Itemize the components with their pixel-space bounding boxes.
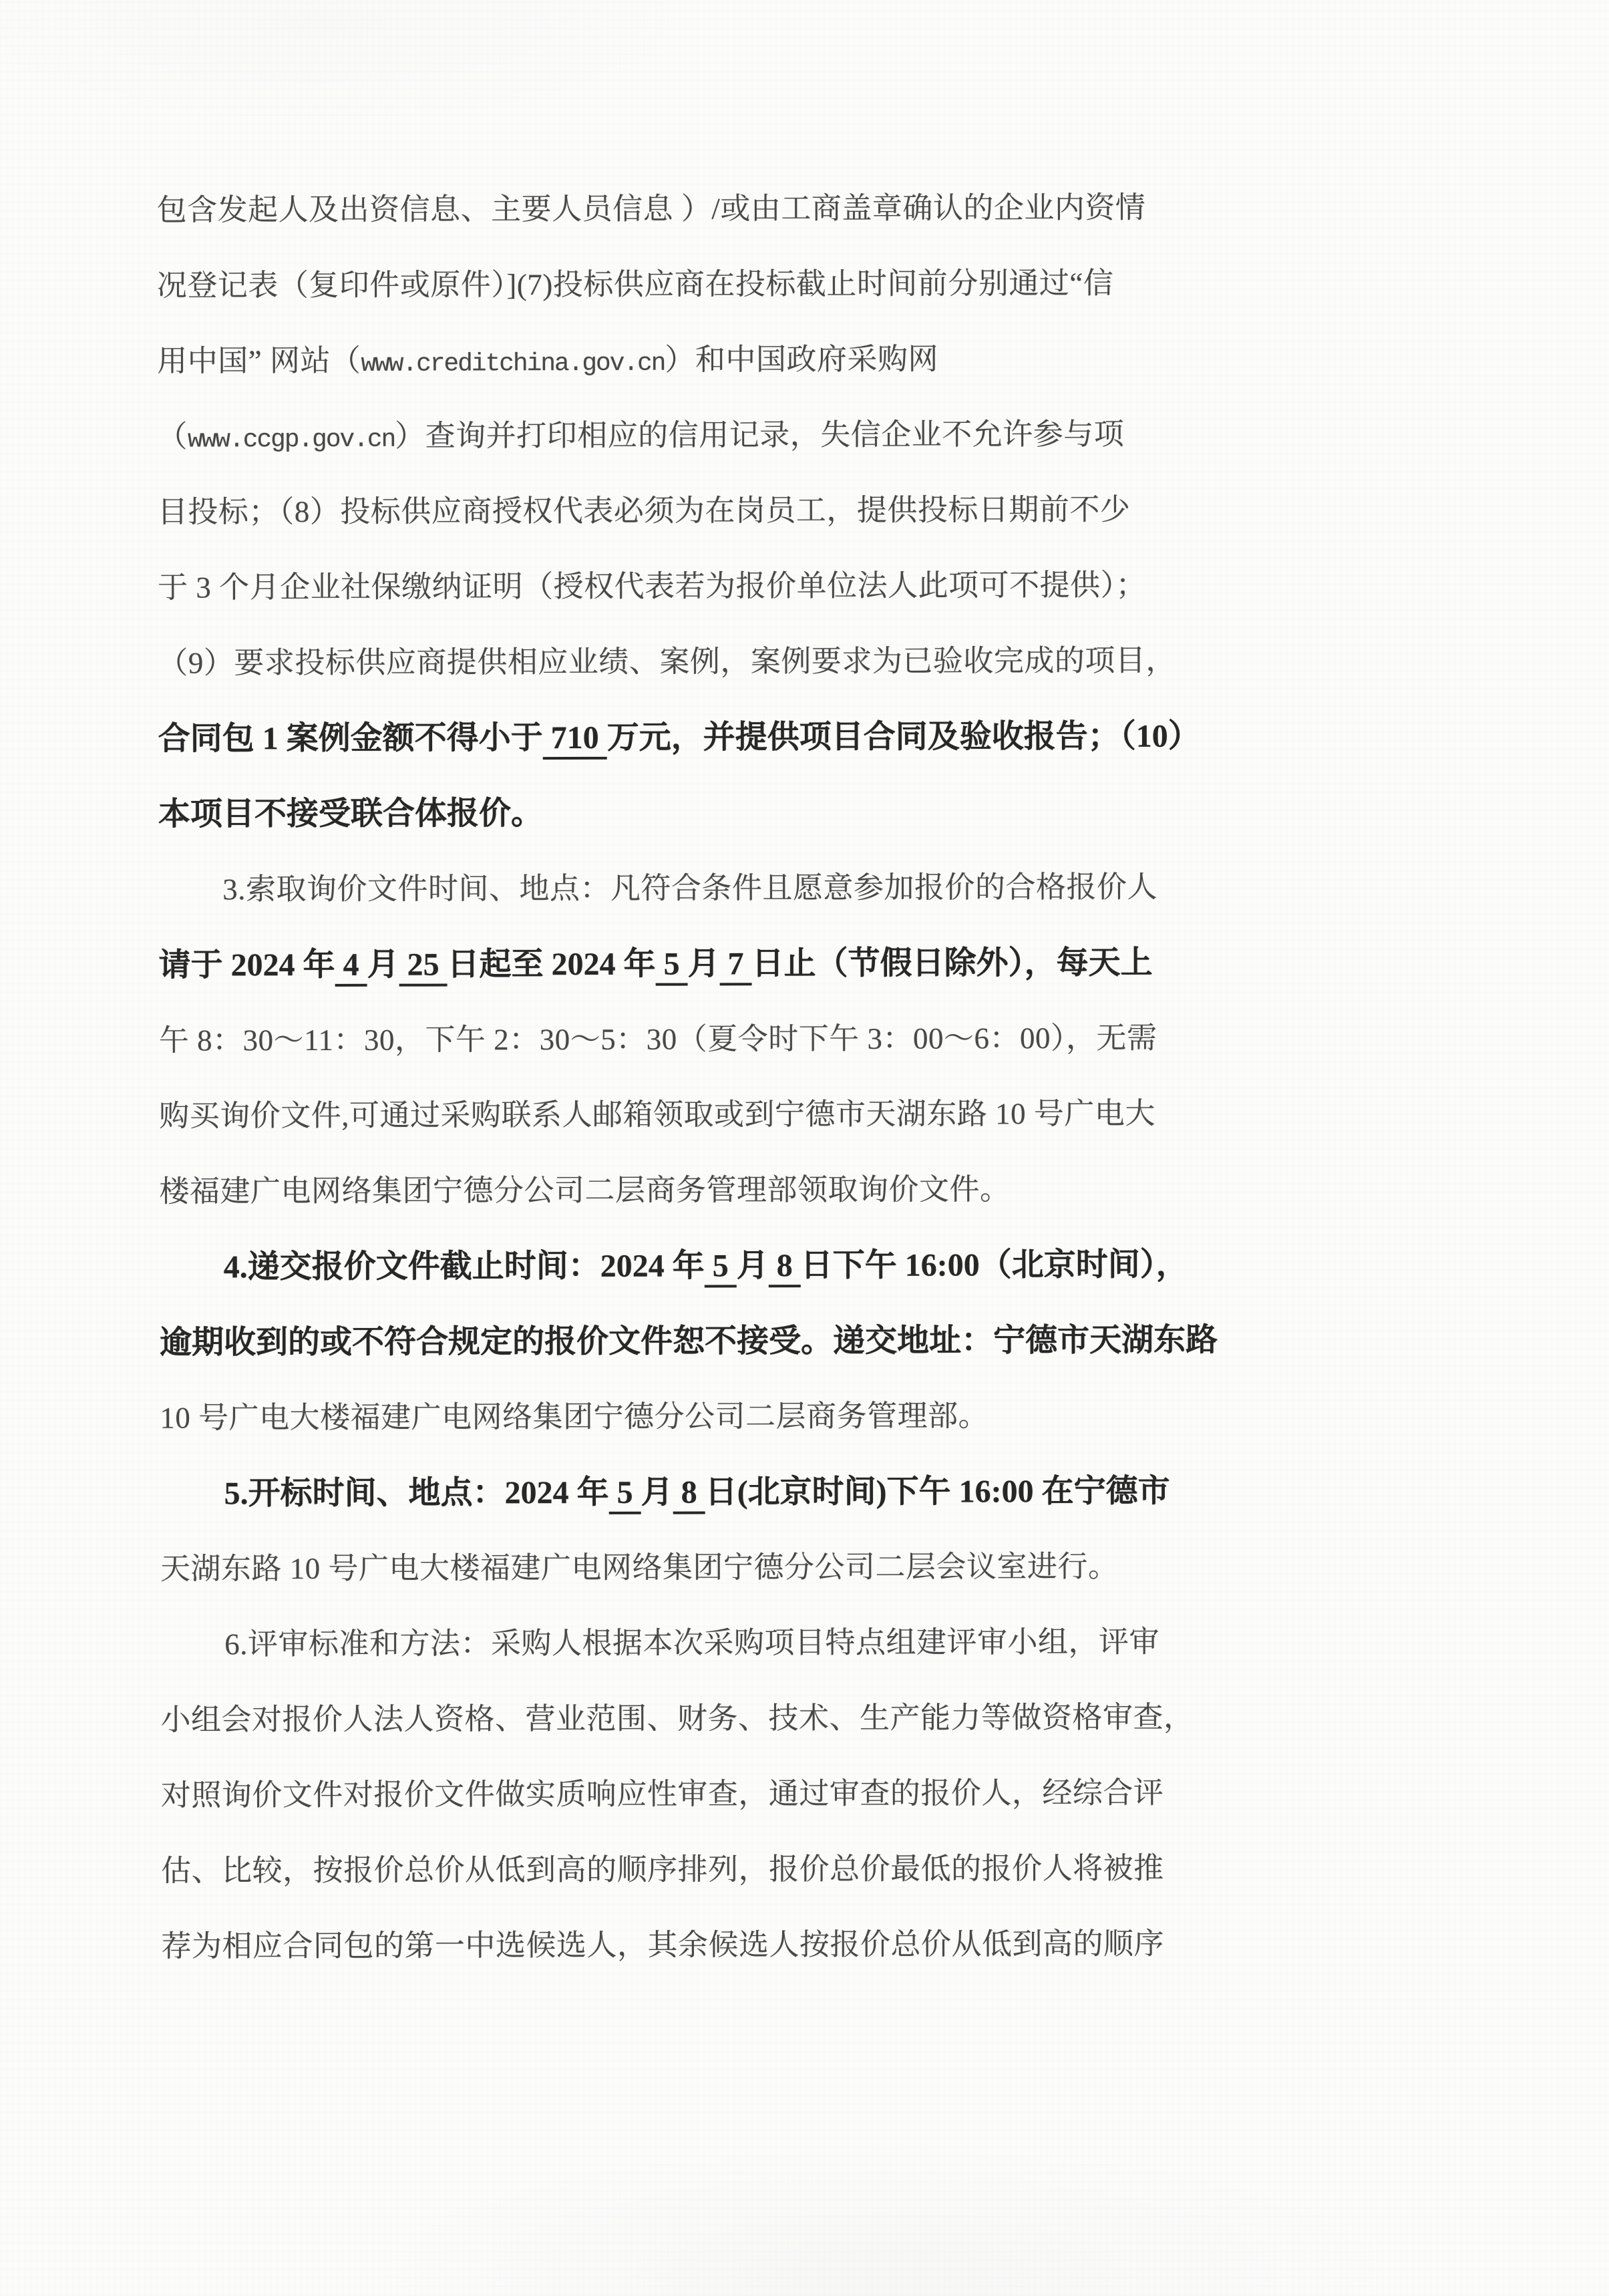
document-line-16: 逾期收到的或不符合规定的报价文件恕不接受。递交地址：宁德市天湖东路 bbox=[160, 1301, 1495, 1380]
document-line-10: 3.索取询价文件时间、地点：凡符合条件且愿意参加报价的合格报价人 bbox=[158, 848, 1494, 927]
underlined-blank-value: 8 bbox=[769, 1248, 801, 1287]
text-run: （9）要求投标供应商提供相应业绩、案例，案例要求为已验收完成的项目， bbox=[158, 644, 1176, 680]
underlined-blank-value: 5 bbox=[609, 1475, 641, 1514]
text-run: 月 bbox=[688, 946, 720, 981]
document-line-14: 楼福建广电网络集团宁德分公司二层商务管理部领取询价文件。 bbox=[159, 1150, 1495, 1229]
text-run: 万元，并提供项目合同及验收报告；（10） bbox=[607, 719, 1200, 756]
document-line-12: 午 8：30～11：30，下午 2：30～5：30（夏令时下午 3：00～6：0… bbox=[159, 999, 1495, 1078]
document-line-4: （www.ccgp.gov.cn）查询并打印相应的信用记录，失信企业不允许参与项 bbox=[157, 395, 1493, 474]
text-run: 10 号广电大楼福建广电网络集团宁德分公司二层商务管理部。 bbox=[160, 1399, 989, 1434]
text-run: 况登记表（复印件或原件）](7)投标供应商在投标截止时间前分别通过“信 bbox=[157, 267, 1114, 303]
document-line-3: 用中国” 网站（www.creditchina.gov.cn）和中国政府采购网 bbox=[157, 320, 1493, 399]
document-line-1: 包含发起人及出资信息、主要人员信息 ）/或由工商盖章确认的企业内资情 bbox=[156, 169, 1492, 248]
document-line-9: 本项目不接受联合体报价。 bbox=[158, 773, 1494, 852]
underlined-blank-value: 25 bbox=[399, 947, 448, 986]
document-line-19: 天湖东路 10 号广电大楼福建广电网络集团宁德分公司二层会议室进行。 bbox=[160, 1528, 1496, 1607]
text-run: 逾期收到的或不符合规定的报价文件恕不接受。递交地址：宁德市天湖东路 bbox=[160, 1322, 1218, 1360]
text-run: 午 8：30～11：30，下午 2：30～5：30（夏令时下午 3：00～6：0… bbox=[159, 1021, 1157, 1057]
text-run: ）和中国政府采购网 bbox=[665, 343, 938, 377]
text-run: 天湖东路 10 号广电大楼福建广电网络集团宁德分公司二层会议室进行。 bbox=[160, 1550, 1119, 1586]
url-text: www.creditchina.gov.cn bbox=[361, 350, 665, 379]
document-line-22: 对照询价文件对报价文件做实质响应性审查，通过审查的报价人，经综合评 bbox=[161, 1754, 1497, 1833]
document-line-23: 估、比较，按报价总价从低到高的顺序排列，报价总价最低的报价人将被推 bbox=[161, 1830, 1497, 1909]
underlined-blank-value: 8 bbox=[673, 1474, 705, 1514]
text-run: 日起至 2024 年 bbox=[448, 947, 656, 983]
text-run: 对照询价文件对报价文件做实质响应性审查，通过审查的报价人，经综合评 bbox=[161, 1776, 1164, 1812]
text-run: 小组会对报价人法人资格、营业范围、财务、技术、生产能力等做资格审查， bbox=[160, 1701, 1194, 1737]
document-line-2: 况登记表（复印件或原件）](7)投标供应商在投标截止时间前分别通过“信 bbox=[157, 244, 1493, 323]
text-run: 月 bbox=[737, 1248, 769, 1283]
document-line-21: 小组会对报价人法人资格、营业范围、财务、技术、生产能力等做资格审查， bbox=[160, 1679, 1496, 1758]
document-line-24: 荐为相应合同包的第一中选候选人，其余候选人按报价总价从低到高的顺序 bbox=[161, 1905, 1497, 1984]
text-run: 日止（节假日除外），每天上 bbox=[752, 945, 1153, 982]
text-run: 5.开标时间、地点：2024 年 bbox=[224, 1475, 609, 1512]
document-line-7: （9）要求投标供应商提供相应业绩、案例，案例要求为已验收完成的项目， bbox=[158, 622, 1493, 701]
text-run: 估、比较，按报价总价从低到高的顺序排列，报价总价最低的报价人将被推 bbox=[161, 1852, 1164, 1888]
text-run: 于 3 个月企业社保缴纳证明（授权代表若为报价单位法人此项可不提供）； bbox=[158, 568, 1146, 605]
text-run: 用中国” 网站（ bbox=[157, 344, 361, 378]
text-run: （ bbox=[157, 420, 188, 454]
text-run: 楼福建广电网络集团宁德分公司二层商务管理部领取询价文件。 bbox=[159, 1172, 1010, 1208]
document-line-5: 目投标；（8）投标供应商授权代表必须为在岗员工，提供投标日期前不少 bbox=[158, 471, 1493, 550]
underlined-blank-value: 7 bbox=[720, 946, 752, 985]
text-run: 4.递交报价文件截止时间：2024 年 bbox=[224, 1248, 705, 1285]
text-run: 荐为相应合同包的第一中选候选人，其余候选人按报价总价从低到高的顺序 bbox=[161, 1927, 1164, 1963]
text-run: 日(北京时间)下午 16:00 在宁德市 bbox=[705, 1474, 1170, 1510]
document-line-18: 5.开标时间、地点：2024 年 5 月 8 日(北京时间)下午 16:00 在… bbox=[160, 1452, 1495, 1531]
document-line-13: 购买询价文件,可通过采购联系人邮箱领取或到宁德市天湖东路 10 号广电大 bbox=[159, 1075, 1495, 1154]
text-run: 目投标；（8）投标供应商授权代表必须为在岗员工，提供投标日期前不少 bbox=[158, 493, 1131, 529]
document-line-6: 于 3 个月企业社保缴纳证明（授权代表若为报价单位法人此项可不提供）； bbox=[158, 546, 1493, 625]
text-run: 购买询价文件,可通过采购联系人邮箱领取或到宁德市天湖东路 10 号广电大 bbox=[159, 1097, 1155, 1133]
underlined-blank-value: 5 bbox=[705, 1248, 737, 1287]
text-run: 6.评审标准和方法：采购人根据本次采购项目特点组建评审小组，评审 bbox=[224, 1625, 1159, 1661]
document-line-8: 合同包 1 案例金额不得小于 710 万元，并提供项目合同及验收报告；（10） bbox=[158, 697, 1494, 776]
document-line-17: 10 号广电大楼福建广电网络集团宁德分公司二层商务管理部。 bbox=[160, 1377, 1495, 1456]
text-run: 月 bbox=[367, 947, 399, 983]
document-body: 包含发起人及出资信息、主要人员信息 ）/或由工商盖章确认的企业内资情况登记表（复… bbox=[156, 169, 1497, 1984]
text-run: 本项目不接受联合体报价。 bbox=[158, 796, 543, 832]
text-run: 日下午 16:00（北京时间）， bbox=[801, 1247, 1188, 1284]
text-run: 请于 2024 年 bbox=[158, 947, 335, 983]
underlined-blank-value: 5 bbox=[656, 947, 688, 986]
document-line-11: 请于 2024 年 4 月 25 日起至 2024 年 5 月 7 日止（节假日… bbox=[158, 924, 1494, 1003]
document-line-15: 4.递交报价文件截止时间：2024 年 5 月 8 日下午 16:00（北京时间… bbox=[160, 1226, 1495, 1305]
underlined-blank-value: 4 bbox=[335, 947, 367, 987]
text-run: 3.索取询价文件时间、地点：凡符合条件且愿意参加报价的合格报价人 bbox=[222, 870, 1157, 907]
document-line-20: 6.评审标准和方法：采购人根据本次采购项目特点组建评审小组，评审 bbox=[160, 1603, 1496, 1682]
text-run: 月 bbox=[641, 1475, 673, 1510]
url-text: www.ccgp.gov.cn bbox=[188, 426, 395, 455]
text-run: 合同包 1 案例金额不得小于 bbox=[158, 720, 543, 757]
text-run: ）查询并打印相应的信用记录，失信企业不允许参与项 bbox=[395, 418, 1124, 453]
underlined-blank-value: 710 bbox=[543, 720, 607, 760]
scanned-document-page: 包含发起人及出资信息、主要人员信息 ）/或由工商盖章确认的企业内资情况登记表（复… bbox=[0, 0, 1609, 2296]
text-run: 包含发起人及出资信息、主要人员信息 ）/或由工商盖章确认的企业内资情 bbox=[157, 191, 1146, 227]
